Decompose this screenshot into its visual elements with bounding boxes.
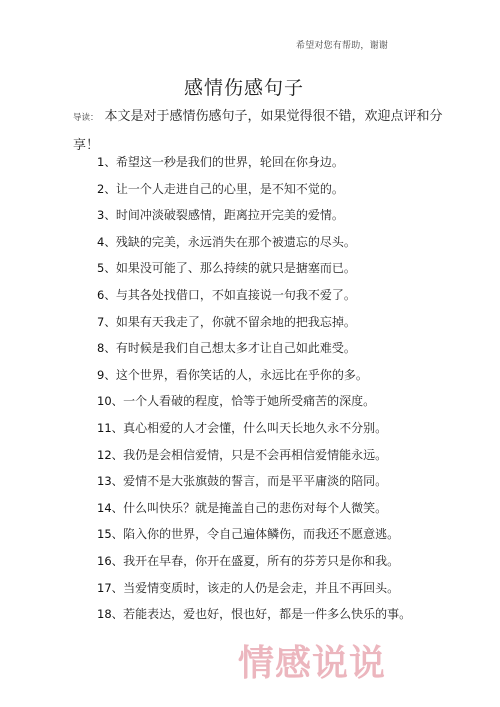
list-item: 8、有时候是我们自己想太多才让自己如此难受。	[97, 338, 411, 365]
list-item: 13、爱情不是大张旗鼓的誓言，而是平平庸淡的陪同。	[97, 471, 411, 498]
item-text: 时间冲淡破裂感情，距离拉开完美的爱情。	[116, 208, 344, 222]
item-text: 这个世界，看你笑话的人，永远比在乎你的多。	[116, 368, 368, 382]
list-item: 4、残缺的完美，永远消失在那个被遗忘的尽头。	[97, 232, 411, 259]
list-item: 11、真心相爱的人才会懂，什么叫天长地久永不分别。	[97, 418, 411, 445]
item-text: 一个人看破的程度，恰等于她所受痛苦的深度。	[123, 394, 375, 408]
watermark-logo: 情感说说	[238, 635, 386, 686]
item-text: 有时候是我们自己想太多才让自己如此难受。	[116, 341, 356, 355]
item-text: 什么叫快乐？就是掩盖自己的悲伤对每个人微笑。	[123, 501, 387, 515]
list-item: 15、陷入你的世界，令自己遍体鳞伤，而我还不愿意逃。	[97, 524, 411, 551]
header-note: 希望对您有帮助，谢谢	[296, 38, 388, 51]
item-text: 陷入你的世界，令自己遍体鳞伤，而我还不愿意逃。	[123, 527, 399, 541]
item-number: 9、	[97, 368, 116, 382]
item-number: 11、	[97, 421, 123, 435]
item-text: 当爱情变质时，该走的人仍是会走，并且不再回头。	[123, 581, 399, 595]
sentence-list: 1、希望这一秒是我们的世界，轮回在你身边。 2、让一个人走进自己的心里，是不知不…	[97, 152, 411, 631]
item-text: 残缺的完美，永远消失在那个被遗忘的尽头。	[116, 235, 356, 249]
item-number: 16、	[97, 554, 123, 568]
list-item: 1、希望这一秒是我们的世界，轮回在你身边。	[97, 152, 411, 179]
document-title: 感情伤感句子	[0, 73, 488, 100]
item-number: 17、	[97, 581, 123, 595]
item-text: 希望这一秒是我们的世界，轮回在你身边。	[116, 155, 344, 169]
list-item: 9、这个世界，看你笑话的人，永远比在乎你的多。	[97, 365, 411, 392]
list-item: 10、一个人看破的程度，恰等于她所受痛苦的深度。	[97, 391, 411, 418]
list-item: 18、若能表达，爱也好，恨也好，都是一件多么快乐的事。	[97, 604, 411, 631]
intro-text: 本文是对于感情伤感句子，如果觉得很不错，欢迎点评和分享！	[73, 109, 443, 153]
item-number: 15、	[97, 527, 123, 541]
list-item: 5、如果没可能了、那么持续的就只是搪塞而已。	[97, 258, 411, 285]
item-text: 如果有天我走了，你就不留余地的把我忘掉。	[116, 315, 356, 329]
item-number: 14、	[97, 501, 123, 515]
item-number: 4、	[97, 235, 116, 249]
item-number: 8、	[97, 341, 116, 355]
list-item: 7、如果有天我走了，你就不留余地的把我忘掉。	[97, 312, 411, 339]
list-item: 3、时间冲淡破裂感情，距离拉开完美的爱情。	[97, 205, 411, 232]
list-item: 17、当爱情变质时，该走的人仍是会走，并且不再回头。	[97, 578, 411, 605]
list-item: 16、我开在早春，你开在盛夏，所有的芬芳只是你和我。	[97, 551, 411, 578]
item-text: 爱情不是大张旗鼓的誓言，而是平平庸淡的陪同。	[123, 474, 387, 488]
item-number: 1、	[97, 155, 116, 169]
item-number: 7、	[97, 315, 116, 329]
list-item: 2、让一个人走进自己的心里，是不知不觉的。	[97, 179, 411, 206]
list-item: 12、我仍是会相信爱情，只是不会再相信爱情能永远。	[97, 445, 411, 472]
item-text: 让一个人走进自己的心里，是不知不觉的。	[116, 182, 344, 196]
item-number: 18、	[97, 607, 123, 621]
item-number: 2、	[97, 182, 116, 196]
item-number: 10、	[97, 394, 123, 408]
item-number: 13、	[97, 474, 123, 488]
list-item: 6、与其各处找借口，不如直接说一句我不爱了。	[97, 285, 411, 312]
item-number: 6、	[97, 288, 116, 302]
item-text: 真心相爱的人才会懂，什么叫天长地久永不分别。	[123, 421, 387, 435]
item-text: 若能表达，爱也好，恨也好，都是一件多么快乐的事。	[123, 607, 411, 621]
item-text: 与其各处找借口，不如直接说一句我不爱了。	[116, 288, 356, 302]
intro-paragraph: 导读：本文是对于感情伤感句子，如果觉得很不错，欢迎点评和分享！	[73, 103, 453, 159]
item-text: 我仍是会相信爱情，只是不会再相信爱情能永远。	[123, 448, 387, 462]
list-item: 14、什么叫快乐？就是掩盖自己的悲伤对每个人微笑。	[97, 498, 411, 525]
item-text: 我开在早春，你开在盛夏，所有的芬芳只是你和我。	[123, 554, 399, 568]
item-number: 5、	[97, 261, 116, 275]
item-number: 12、	[97, 448, 123, 462]
item-text: 如果没可能了、那么持续的就只是搪塞而已。	[116, 261, 356, 275]
intro-label: 导读：	[73, 113, 99, 123]
item-number: 3、	[97, 208, 116, 222]
